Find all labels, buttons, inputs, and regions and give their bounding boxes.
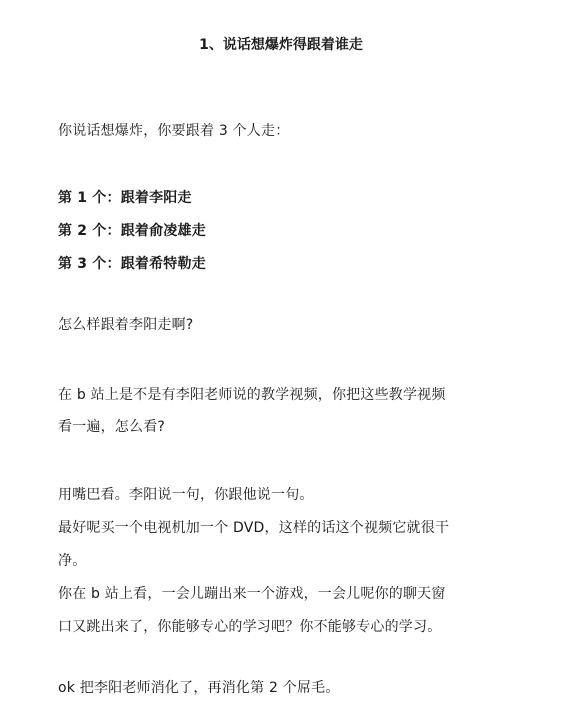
list-item-3: 第 3 个：跟着希特勒走 bbox=[58, 254, 206, 274]
list-item-1: 第 1 个：跟着李阳走 bbox=[58, 188, 192, 208]
list-item-2: 第 2 个：跟着俞凌雄走 bbox=[58, 221, 206, 241]
section-title: 1、说话想爆炸得跟着谁走 bbox=[0, 35, 562, 55]
document-page: 1、说话想爆炸得跟着谁走 你说话想爆炸，你要跟着 3 个人走： 第 1 个：跟着… bbox=[0, 0, 562, 716]
bsite-paragraph-line-1: 在 b 站上是不是有李阳老师说的教学视频，你把这些教学视频 bbox=[58, 385, 446, 405]
method-paragraph-line-5: 口又跳出来了，你能够专心的学习吧？你不能够专心的学习。 bbox=[58, 617, 441, 637]
bsite-paragraph-line-2: 看一遍，怎么看? bbox=[58, 417, 165, 437]
method-paragraph-line-2: 最好呢买一个电视机加一个 DVD，这样的话这个视频它就很干 bbox=[58, 518, 449, 538]
question-paragraph: 怎么样跟着李阳走啊? bbox=[58, 315, 193, 335]
method-paragraph-line-1: 用嘴巴看。李阳说一句，你跟他说一句。 bbox=[58, 485, 314, 505]
method-paragraph-line-3: 净。 bbox=[58, 551, 86, 571]
method-paragraph-line-4: 你在 b 站上看，一会儿蹦出来一个游戏，一会儿呢你的聊天窗 bbox=[58, 584, 446, 604]
closing-paragraph: ok 把李阳老师消化了，再消化第 2 个屌毛。 bbox=[58, 678, 340, 698]
intro-paragraph: 你说话想爆炸，你要跟着 3 个人走： bbox=[58, 121, 289, 141]
